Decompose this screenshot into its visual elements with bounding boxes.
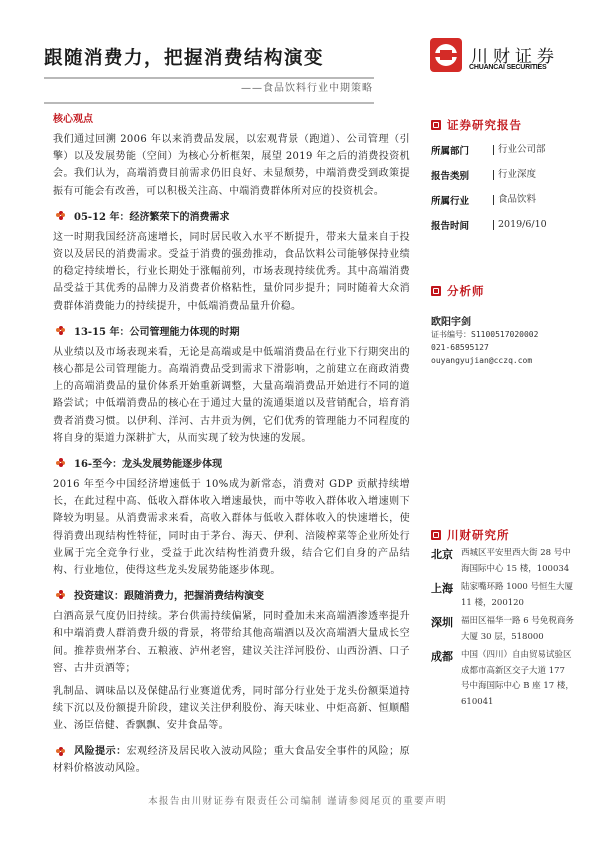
- meta-row-category: 报告类别 行业深度: [431, 168, 581, 182]
- institute-heading: 川财研究所: [447, 527, 510, 543]
- analyst-phone: 021-68595127: [431, 341, 581, 354]
- diamond-bullet-icon: [56, 747, 65, 756]
- analyst-email[interactable]: ouyangyujian@cczq.com: [431, 354, 581, 367]
- section-paragraph: 从业绩以及市场表现来看，无论是高端或是中低端消费品在行业下行期突出的核心都是公司…: [53, 344, 410, 447]
- institute-panel: 川财研究所 北京 西城区平安里西大街 28 号中海国际中心 15 楼，10003…: [431, 527, 581, 710]
- intro-paragraph: 我们通过回溯 2006 年以来消费品发展，以宏观背景（跑道）、公司管理（引擎）以…: [53, 131, 410, 200]
- section-heading: 05-12 年：经济繁荣下的消费需求: [53, 208, 410, 223]
- section-heading: 投资建议：跟随消费力，把握消费结构演变: [53, 587, 410, 602]
- office-shanghai: 上海 陆家嘴环路 1000 号恒生大厦 11 楼，200120: [431, 580, 581, 611]
- institute-icon: [431, 530, 441, 540]
- section-paragraph: 乳制品、调味品以及保健品行业赛道优秀，同时部分行业处于龙头份额渠道持续下沉以及份…: [53, 683, 410, 735]
- office-beijing: 北京 西城区平安里西大街 28 号中海国际中心 15 楼，100034: [431, 546, 581, 577]
- report-icon: [431, 120, 441, 130]
- diamond-bullet-icon: [56, 326, 65, 335]
- analyst-panel: 分析师 欧阳宇剑 证书编号：S1100517020002 021-6859512…: [431, 283, 581, 367]
- risk-warning: 风险提示：宏观经济及居民收入波动风险；重大食品安全事件的风险；原材料价格波动风险…: [53, 743, 410, 777]
- diamond-bullet-icon: [56, 458, 65, 467]
- main-content: 核心观点 我们通过回溯 2006 年以来消费品发展，以宏观背景（跑道）、公司管理…: [53, 110, 410, 783]
- office-chengdu: 成都 中国（四川）自由贸易试验区成都市高新区交子大道 177 号中海国际中心 B…: [431, 648, 581, 710]
- analyst-icon: [431, 286, 441, 296]
- section-heading: 13-15 年：公司管理能力体现的时期: [53, 323, 410, 338]
- diamond-bullet-icon: [56, 590, 65, 599]
- meta-row-industry: 所属行业 食品饮料: [431, 193, 581, 207]
- report-subtitle: ——食品饮料行业中期策略: [241, 79, 373, 94]
- core-views-heading: 核心观点: [53, 110, 410, 125]
- meta-row-date: 报告时间 2019/6/10: [431, 218, 581, 232]
- section-paragraph: 2016 年至今中国经济增速低于 10%成为新常态，消费对 GDP 贡献持续增长…: [53, 476, 410, 579]
- report-info-heading: 证券研究报告: [447, 117, 522, 133]
- footer-disclaimer: 本报告由川财证券有限责任公司编制 谨请参阅尾页的重要声明: [0, 793, 595, 807]
- logo-name-en: CHUANCAI SECURITIES: [469, 64, 546, 71]
- diamond-bullet-icon: [56, 211, 65, 220]
- section-paragraph: 白酒高景气度仍旧持续。茅台供需持续偏紧，同时叠加未来高端酒渗透率提升和中端消费人…: [53, 608, 410, 677]
- header-divider-bottom: [44, 102, 374, 104]
- chuancai-logo-icon: [430, 38, 462, 72]
- analyst-cert: 证书编号：S1100517020002: [431, 328, 581, 341]
- risk-label: 风险提示：: [74, 746, 127, 757]
- section-heading: 16-至今：龙头发展势能逐步体现: [53, 455, 410, 470]
- company-logo: 川财证券 CHUANCAI SECURITIES: [430, 38, 570, 78]
- report-info-panel: 证券研究报告 所属部门 行业公司部 报告类别 行业深度 所属行业 食品饮料 报告…: [431, 117, 581, 232]
- office-shenzhen: 深圳 福田区福华一路 6 号免税商务大厦 30 层，518000: [431, 614, 581, 645]
- meta-row-department: 所属部门 行业公司部: [431, 143, 581, 157]
- report-title: 跟随消费力，把握消费结构演变: [44, 44, 324, 70]
- analyst-name: 欧阳宇剑: [431, 313, 581, 328]
- section-paragraph: 这一时期我国经济高速增长，同时居民收入水平不断提升，带来大量来自于投资以及居民的…: [53, 229, 410, 315]
- analyst-heading: 分析师: [447, 283, 485, 299]
